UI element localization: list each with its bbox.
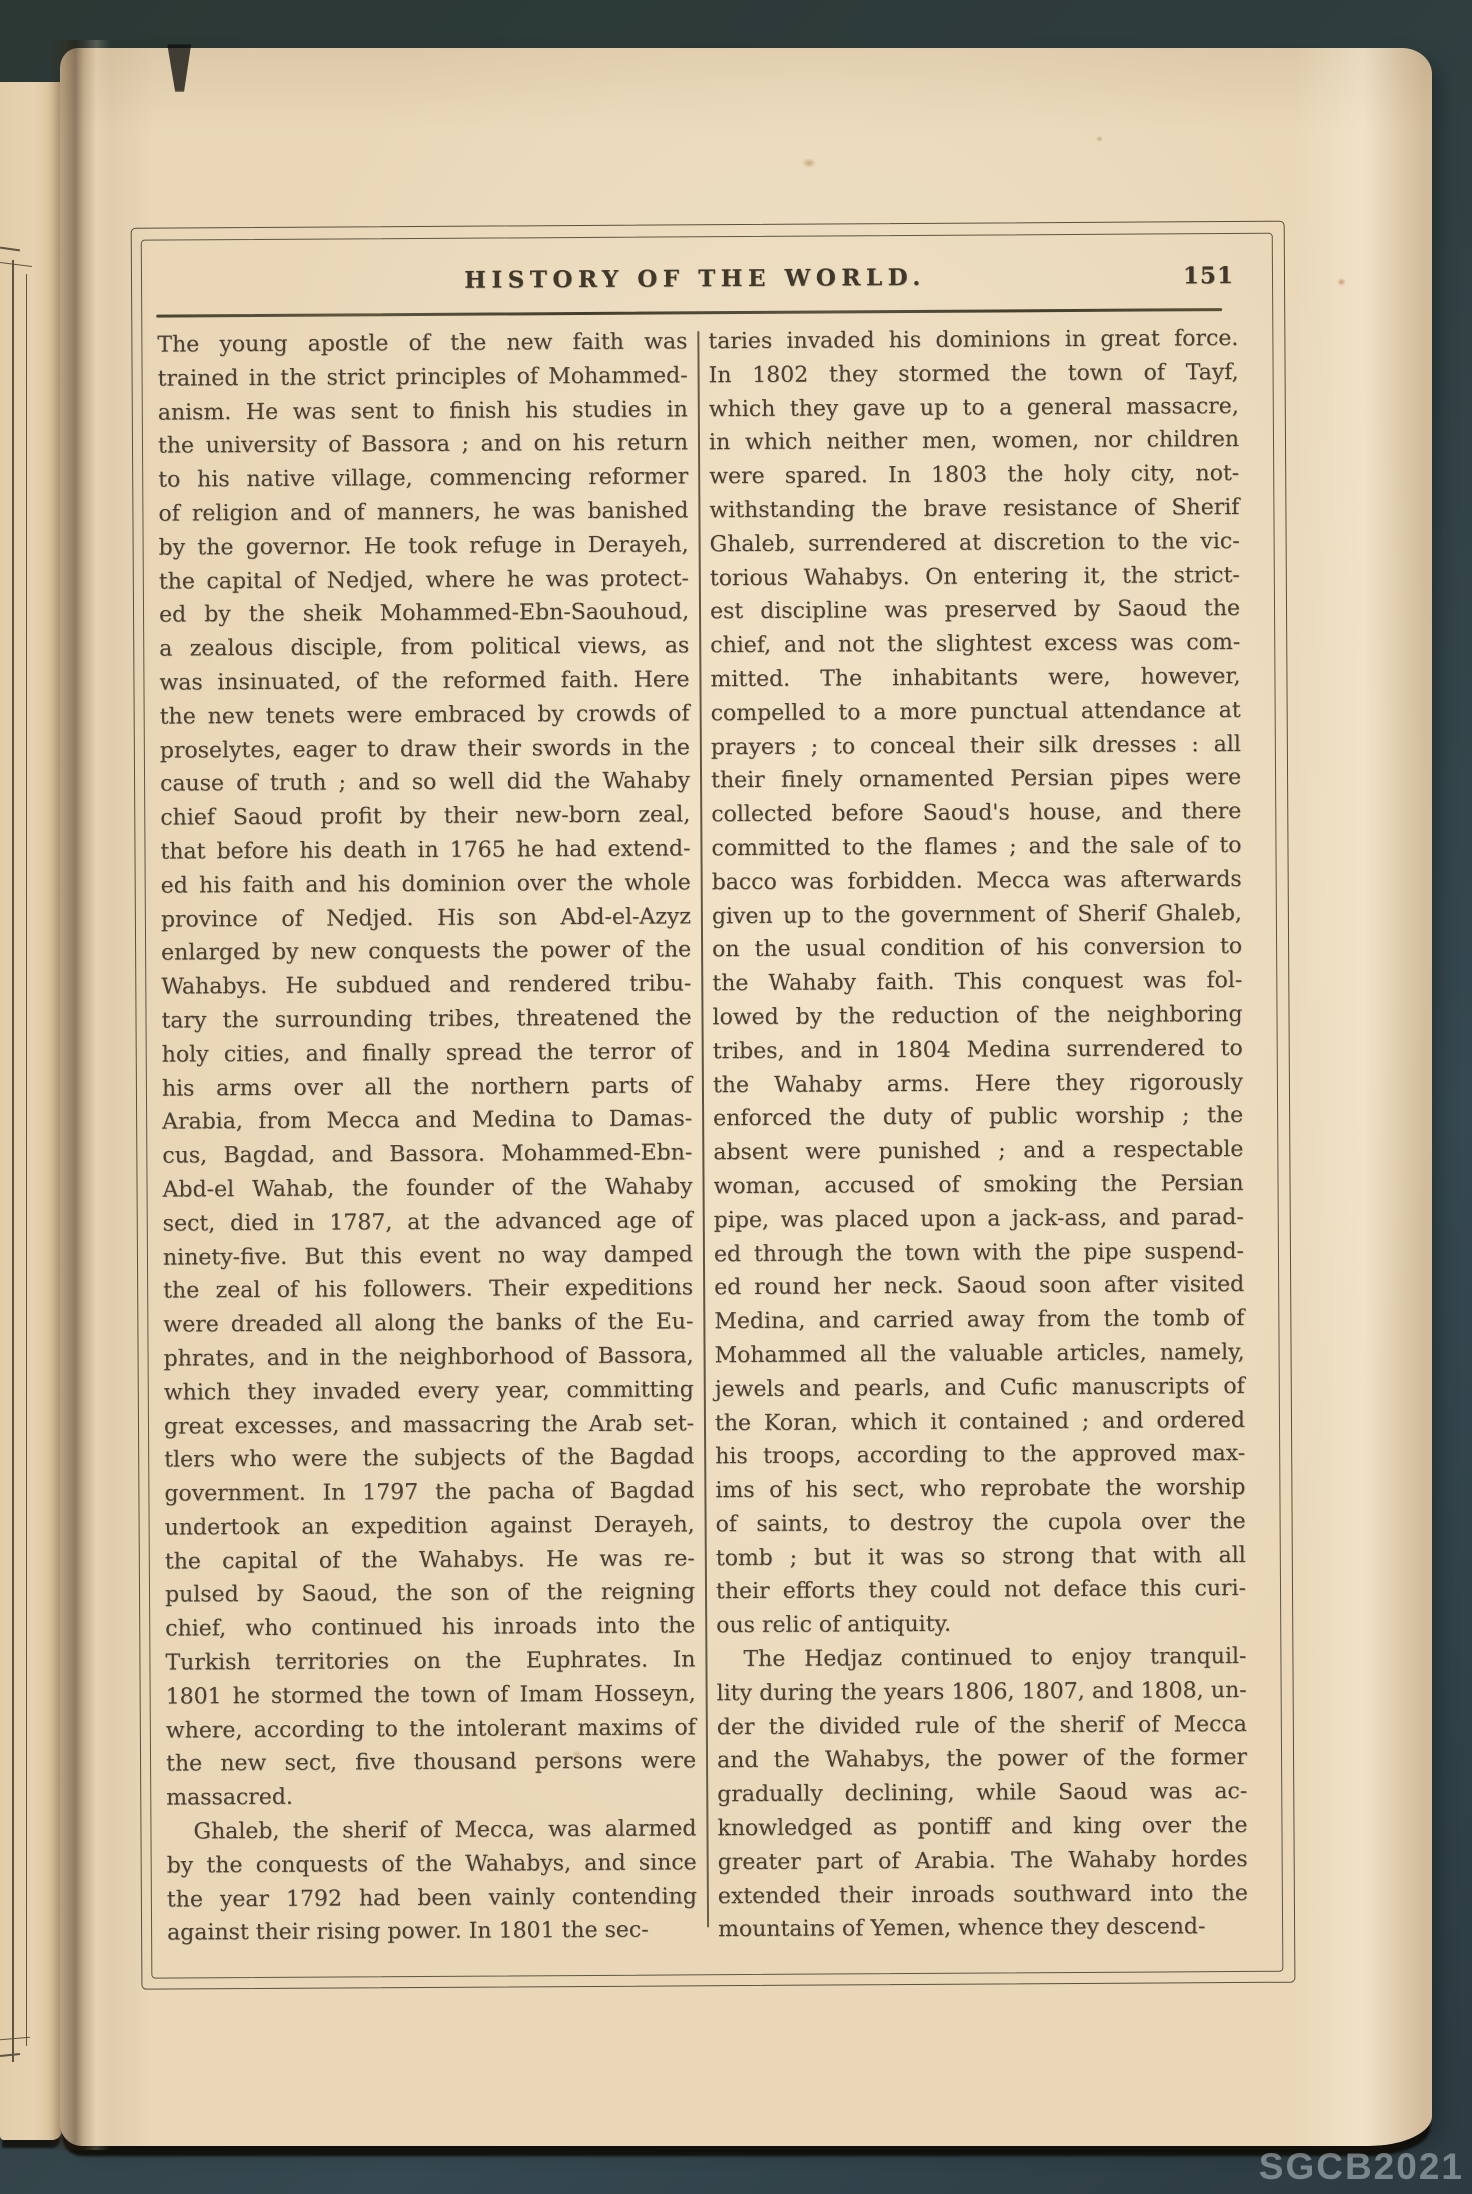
text-line: their efforts they could not deface this…	[716, 1572, 1246, 1609]
text-line: collected before Saoud's house, and ther…	[711, 795, 1241, 832]
text-columns: The young apostle of the new faith wastr…	[157, 322, 1249, 1951]
text-line: absent were punished ; and a respectable	[713, 1133, 1243, 1170]
printed-sheet: HISTORY OF THE WORLD. 151 The young apos…	[54, 44, 1439, 2150]
book-scan: HISTORY OF THE WORLD. 151 The young apos…	[0, 0, 1472, 2194]
text-line: chief, who continued his inroads into th…	[165, 1610, 695, 1647]
text-line: committed to the flames ; and the sale o…	[711, 829, 1241, 866]
text-line: the Koran, which it contained ; and orde…	[715, 1403, 1245, 1440]
text-line: Abd-el Wahab, the founder of the Wahaby	[162, 1170, 692, 1207]
text-line: of religion and of manners, he was banis…	[158, 494, 688, 531]
text-line: 1801 he stormed the town of Imam Hosseyn…	[166, 1677, 696, 1714]
text-line: to his native village, commencing reform…	[158, 461, 688, 498]
text-line: mountains of Yemen, whence they descend-	[718, 1910, 1248, 1947]
watermark: SGCB2021	[1259, 2146, 1464, 2188]
text-line: where, according to the intolerant maxim…	[166, 1711, 696, 1748]
text-line: the capital of the Wahabys. He was re-	[165, 1542, 695, 1579]
text-line: proselytes, eager to draw their swords i…	[160, 731, 690, 768]
text-line: torious Wahabys. On entering it, the str…	[710, 559, 1240, 596]
text-line: against their rising power. In 1801 the …	[167, 1914, 697, 1951]
text-line: chief Saoud profit by their new-born zea…	[160, 798, 690, 835]
text-line: that before his death in 1765 he had ext…	[160, 832, 690, 869]
text-line: ous relic of antiquity.	[716, 1606, 1246, 1643]
text-line: cus, Bagdad, and Bassora. Mohammed-Ebn-	[162, 1136, 692, 1173]
text-line: tlers who were the subjects of the Bagda…	[164, 1441, 694, 1478]
text-line: In 1802 they stormed the town of Tayf,	[708, 356, 1238, 393]
text-line: ed through the town with the pipe suspen…	[714, 1234, 1244, 1271]
facing-frame-line	[12, 260, 14, 2062]
running-head: HISTORY OF THE WORLD. 151	[156, 258, 1234, 299]
text-line: Medina, and carried away from the tomb o…	[714, 1302, 1244, 1339]
text-line: The Hedjaz continued to enjoy tranquil-	[716, 1640, 1246, 1677]
text-line: greater part of Arabia. The Wahaby horde…	[718, 1843, 1248, 1880]
text-line: the capital of Nedjed, where he was prot…	[159, 562, 689, 599]
text-line: holy cities, and finally spread the terr…	[162, 1035, 692, 1072]
text-line: enlarged by new conquests the power of t…	[161, 934, 691, 971]
column-left-text: The young apostle of the new faith wastr…	[157, 325, 697, 1950]
text-line: given up to the government of Sherif Gha…	[712, 897, 1242, 934]
text-line: trained in the strict principles of Moha…	[158, 359, 688, 396]
text-line: mitted. The inhabitants were, however,	[710, 660, 1240, 697]
text-line: the university of Bassora ; and on his r…	[158, 427, 688, 464]
text-line: great excesses, and massacring the Arab …	[164, 1407, 694, 1444]
text-line: lowed by the reduction of the neighborin…	[712, 998, 1242, 1035]
page-number: 151	[1183, 262, 1234, 289]
text-line: province of Nedjed. His son Abd-el-Azyz	[161, 900, 691, 937]
page-frame: HISTORY OF THE WORLD. 151 The young apos…	[131, 221, 1296, 1990]
text-line: his troops, according to the approved ma…	[715, 1437, 1245, 1474]
text-line: were spared. In 1803 the holy city, not-	[709, 457, 1239, 494]
text-line: undertook an expedition against Derayeh,	[165, 1508, 695, 1545]
text-line: Ghaleb, surrendered at discretion to the…	[710, 525, 1240, 562]
text-line: Ghaleb, the sherif of Mecca, was alarmed	[166, 1812, 696, 1849]
text-line: Wahabys. He subdued and rendered tribu-	[161, 967, 691, 1004]
text-line: enforced the duty of public worship ; th…	[713, 1099, 1243, 1136]
text-line: gradually declining, while Saoud was ac-	[717, 1775, 1247, 1812]
text-line: tomb ; but it was so strong that with al…	[716, 1539, 1246, 1576]
text-line: the Wahaby arms. Here they rigorously	[713, 1065, 1243, 1102]
text-line: compelled to a more punctual attendance …	[711, 694, 1241, 731]
text-line: the new tenets were embraced by crowds o…	[160, 697, 690, 734]
text-line: the Wahaby faith. This conquest was fol-	[712, 964, 1242, 1001]
text-line: his arms over all the northern parts of	[162, 1069, 692, 1106]
facing-frame-line	[0, 247, 20, 251]
text-line: taries invaded his dominions in great fo…	[708, 322, 1238, 359]
text-line: ninety-five. But this event no way dampe…	[163, 1238, 693, 1275]
text-line: sect, died in 1787, at the advanced age …	[163, 1204, 693, 1241]
text-line: chief, and not the slightest excess was …	[710, 626, 1240, 663]
text-line: bacco was forbidden. Mecca was afterward…	[712, 863, 1242, 900]
column-divider	[697, 331, 708, 1927]
column-right-text: taries invaded his dominions in great fo…	[708, 322, 1248, 1947]
text-line: a zealous disciple, from political views…	[159, 630, 689, 667]
text-line: massacred.	[166, 1779, 696, 1816]
text-line: by the conquests of the Wahabys, and sin…	[167, 1846, 697, 1883]
text-line: tribes, and in 1804 Medina surrendered t…	[713, 1032, 1243, 1069]
page-title: HISTORY OF THE WORLD.	[464, 263, 926, 293]
book-page: HISTORY OF THE WORLD. 151 The young apos…	[60, 48, 1432, 2146]
text-line: The young apostle of the new faith was	[157, 325, 687, 362]
text-line: der the divided rule of the sherif of Me…	[717, 1708, 1247, 1745]
text-line: the zeal of his followers. Their expedit…	[163, 1272, 693, 1309]
text-line: their finely ornamented Persian pipes we…	[711, 761, 1241, 798]
text-line: jewels and pearls, and Cufic manuscripts…	[715, 1370, 1245, 1407]
facing-frame-line	[0, 2053, 20, 2057]
text-line: Mohammed all the valuable articles, name…	[714, 1336, 1244, 1373]
text-line: of saints, to destroy the cupola over th…	[716, 1505, 1246, 1542]
text-line: Turkish territories on the Euphrates. In	[165, 1643, 695, 1680]
text-line: ed round her neck. Saoud soon after visi…	[714, 1268, 1244, 1305]
text-line: and the Wahabys, the power of the former	[717, 1741, 1247, 1778]
text-line: government. In 1797 the pacha of Bagdad	[164, 1474, 694, 1511]
text-line: the year 1792 had been vainly contending	[167, 1880, 697, 1917]
text-line: were dreaded all along the banks of the …	[163, 1305, 693, 1342]
text-line: lity during the years 1806, 1807, and 18…	[717, 1674, 1247, 1711]
text-line: extended their inroads southward into th…	[718, 1877, 1248, 1914]
text-line: Arabia, from Mecca and Medina to Damas-	[162, 1103, 692, 1140]
scan-background: { "header": { "title": "HISTORY OF THE W…	[0, 0, 1472, 2194]
text-line: woman, accused of smoking the Persian	[713, 1167, 1243, 1204]
text-line: est discipline was preserved by Saoud th…	[710, 592, 1240, 629]
gutter-shadow	[48, 40, 110, 2150]
text-line: in which neither men, women, nor childre…	[709, 423, 1239, 460]
facing-frame-line	[26, 274, 27, 2046]
facing-frame-line	[0, 262, 32, 267]
text-line: phrates, and in the neighborhood of Bass…	[163, 1339, 693, 1376]
text-line: tary the surrounding tribes, threatened …	[161, 1001, 691, 1038]
text-line: by the governor. He took refuge in Deray…	[159, 528, 689, 565]
text-line: the new sect, five thousand persons were	[166, 1745, 696, 1782]
text-line: ims of his sect, who reprobate the worsh…	[715, 1471, 1245, 1508]
text-line: cause of truth ; and so well did the Wah…	[160, 765, 690, 802]
text-line: which they invaded every year, committin…	[164, 1373, 694, 1410]
text-line: anism. He was sent to finish his studies…	[158, 393, 688, 430]
text-line: was insinuated, of the reformed faith. H…	[159, 663, 689, 700]
text-line: which they gave up to a general massacre…	[709, 390, 1239, 427]
text-line: withstanding the brave resistance of She…	[709, 491, 1239, 528]
text-line: pipe, was placed upon a jack-ass, and pa…	[714, 1201, 1244, 1238]
text-line: ed by the sheik Mohammed-Ebn-Saouhoud,	[159, 596, 689, 633]
header-rule	[156, 308, 1222, 317]
text-line: knowledged as pontiff and king over the	[717, 1809, 1247, 1846]
text-line: prayers ; to conceal their silk dresses …	[711, 728, 1241, 765]
text-line: on the usual condition of his conversion…	[712, 930, 1242, 967]
text-line: ed his faith and his dominion over the w…	[161, 866, 691, 903]
text-line: pulsed by Saoud, the son of the reigning	[165, 1576, 695, 1613]
